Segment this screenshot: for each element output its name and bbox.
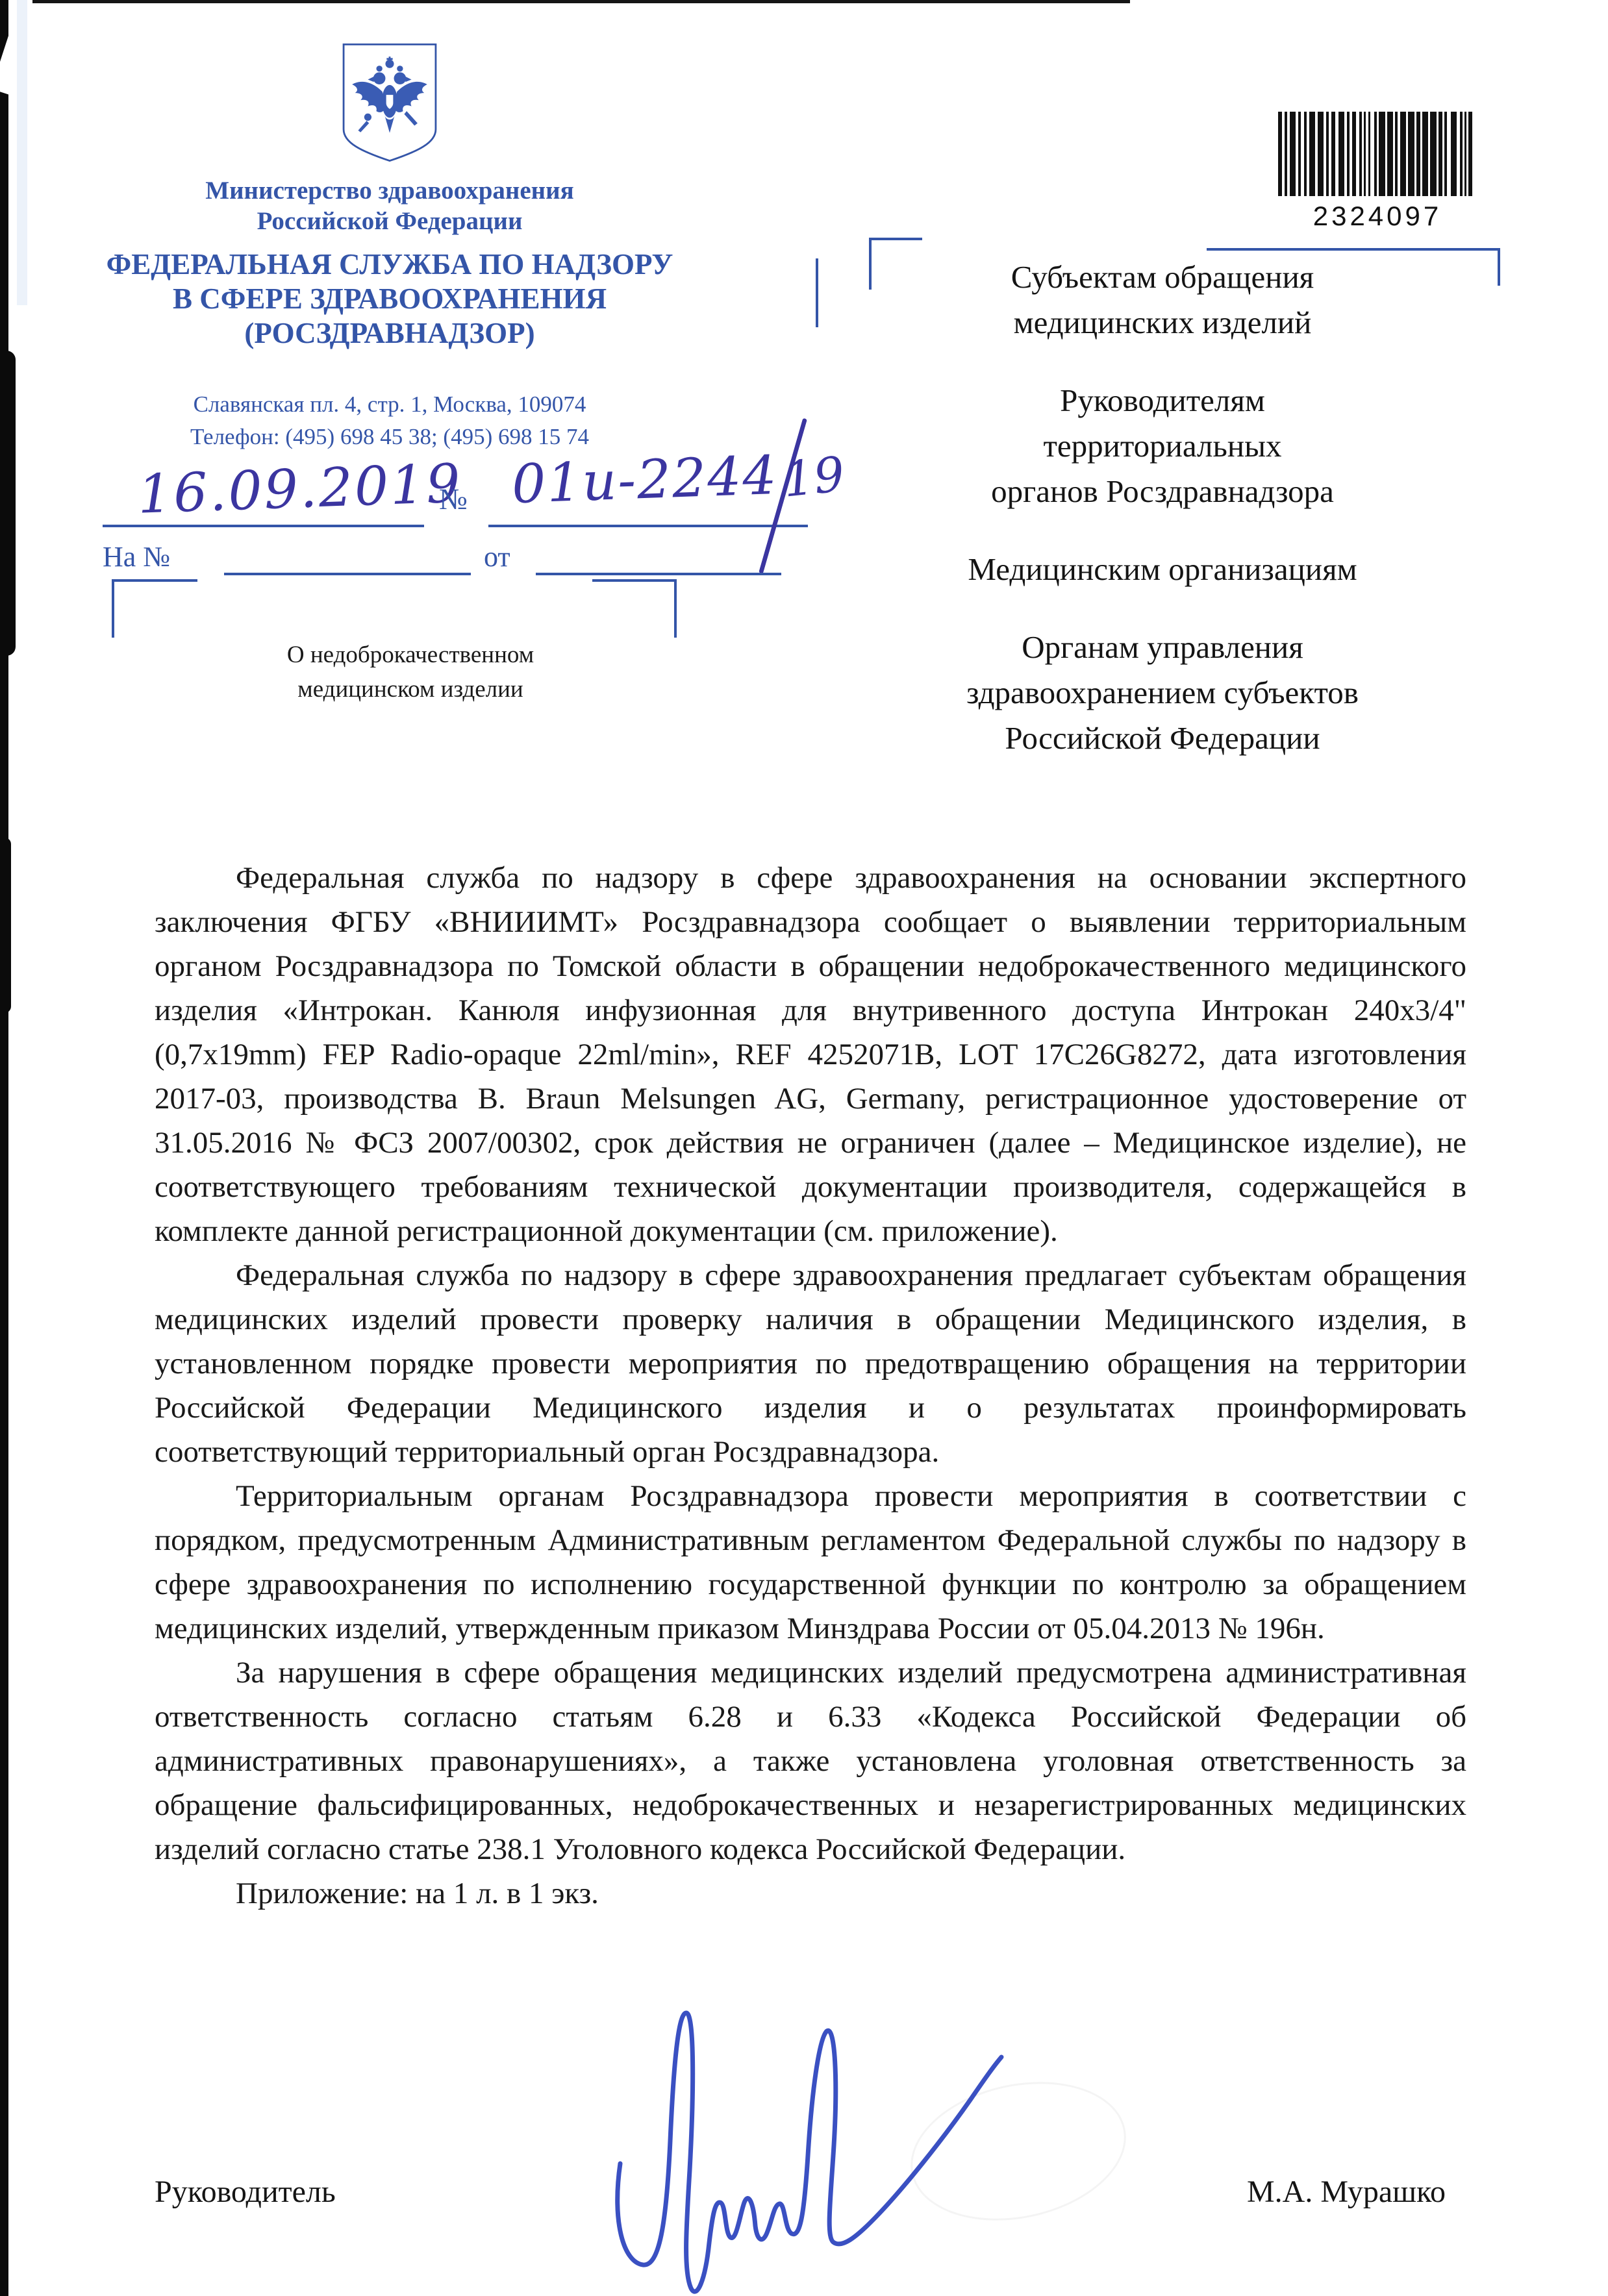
attachment-note: Приложение: на 1 л. в 1 экз.: [155, 1871, 1466, 1915]
corner-mark: [592, 579, 677, 638]
body-paragraph: За нарушения в сфере обращения медицинск…: [155, 1651, 1466, 1871]
number-underline: [488, 525, 808, 527]
ministry-name: Министерство здравоохранения Российской …: [91, 175, 688, 236]
subject-line: О недоброкачественном медицинском издели…: [255, 638, 566, 706]
barcode-number: 2324097: [1278, 201, 1477, 232]
letter-body: Федеральная служба по надзору в сфере зд…: [155, 856, 1466, 1915]
recipient-item: Органам управления здравоохранением субъ…: [844, 625, 1481, 761]
number-sign: №: [439, 482, 468, 516]
barcode-icon: [1278, 112, 1477, 196]
scan-edge-shadow: [0, 0, 8, 2296]
recipient-item: Руководителям территориальных органов Ро…: [844, 378, 1481, 514]
recipients-block: Субъектам обращения медицинских изделий …: [844, 255, 1481, 793]
scan-edge-shadow: [0, 838, 11, 1013]
outgoing-number-handwritten: 01и-2244: [510, 445, 779, 516]
reply-number-label: На №: [103, 540, 170, 573]
signer-name: М.А. Мурашко: [1247, 2174, 1481, 2210]
letterhead: Министерство здравоохранения Российской …: [91, 38, 688, 453]
recipient-item: Медицинским организациям: [844, 547, 1481, 592]
corner-mark: [112, 579, 197, 638]
scanned-letter-page: Министерство здравоохранения Российской …: [0, 0, 1608, 2296]
address-line: Славянская пл. 4, стр. 1, Москва, 109074: [91, 388, 688, 421]
body-paragraph: Территориальным органам Росздравнадзора …: [155, 1474, 1466, 1651]
reply-number-underline: [224, 573, 471, 575]
scan-edge-shadow-top: [32, 0, 1130, 3]
body-paragraph: Федеральная служба по надзору в сфере зд…: [155, 856, 1466, 1253]
reply-from-label: от: [484, 540, 510, 573]
reply-from-underline: [536, 573, 781, 575]
date-underline: [103, 525, 424, 527]
signature-icon: [597, 2001, 1026, 2296]
service-name: ФЕДЕРАЛЬНАЯ СЛУЖБА ПО НАДЗОРУ В СФЕРЕ ЗД…: [91, 247, 688, 351]
scan-edge-shadow: [0, 2130, 7, 2296]
outgoing-number-suffix-handwritten: 19: [781, 446, 848, 508]
signer-title: Руководитель: [155, 2174, 336, 2210]
phone-line: Телефон: (495) 698 45 38; (495) 698 15 7…: [91, 421, 688, 453]
body-paragraph: Федеральная служба по надзору в сфере зд…: [155, 1253, 1466, 1474]
russian-coat-of-arms-icon: [335, 38, 444, 168]
recipient-item: Субъектам обращения медицинских изделий: [844, 255, 1481, 345]
address-block: Славянская пл. 4, стр. 1, Москва, 109074…: [91, 388, 688, 453]
scan-edge-shadow: [0, 351, 16, 656]
barcode: 2324097: [1278, 112, 1477, 232]
scan-tint-strip: [17, 0, 27, 305]
corner-mark: [816, 258, 818, 327]
outgoing-date-handwritten: 16.09.2019: [136, 453, 463, 525]
